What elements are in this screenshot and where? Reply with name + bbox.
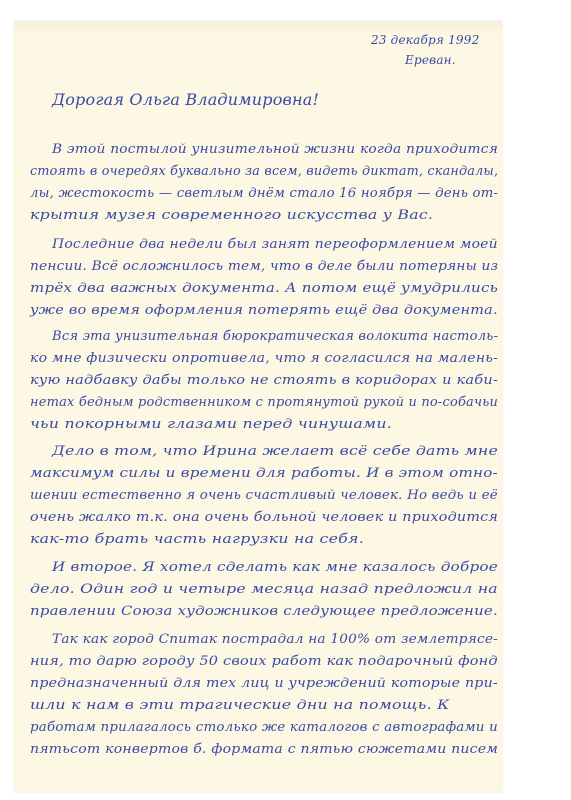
letter-place: Ереван. [371, 50, 479, 70]
letter-line: Дело в том, что Ирина желает всё себе да… [52, 443, 498, 458]
letter-line: И второе. Я хотел сделать как мне казало… [52, 559, 498, 574]
letter-line: пятьсот конвертов б. формата с пятью сюж… [30, 741, 498, 756]
letter-line: ко мне физически опротивела, что я согла… [30, 350, 498, 365]
letter-line: лы, жестокость — светлым днём стало 16 н… [30, 185, 498, 200]
letter-line: правлении Союза художников следующее пре… [30, 603, 498, 618]
letter-line: шении естественно я очень счастливый чел… [30, 487, 498, 502]
letter-line: чьи покорными глазами перед чинушами. [30, 416, 392, 431]
letter-line: кую надбавку дабы только не стоять в кор… [30, 372, 498, 387]
letter-line: стоять в очередях буквально за всем, вид… [30, 163, 498, 178]
letter-line: Так как город Спитак пострадал на 100% о… [52, 631, 498, 646]
letter-line: нетах бедным родственником с протянутой … [30, 394, 498, 409]
letter-line: ния, то дарю городу 50 своих работ как п… [30, 653, 498, 668]
letter-line: дело. Один год и четыре месяца назад пре… [30, 581, 498, 596]
letter-line: предназначенный для тех лиц и учреждений… [30, 675, 498, 690]
letter-line: уже во время оформления потерять ещё два… [30, 302, 498, 317]
letter-line: работам прилагалось столько же каталогов… [30, 719, 498, 734]
letter-line: пенсии. Всё осложнилось тем, что в деле … [30, 258, 498, 273]
letter-line: трёх два важных документа. А потом ещё у… [30, 280, 498, 295]
letter-line: максимум силы и времени для работы. И в … [30, 465, 498, 480]
letter-line: Вся эта унизительная бюрократическая вол… [52, 328, 498, 343]
letter-line: Последние два недели был занят переоформ… [52, 236, 498, 251]
letter-date: 23 декабря 1992 [371, 33, 479, 47]
letter-line: шли к нам в эти трагические дни на помощ… [30, 697, 450, 712]
letter-line: В этой постылой унизительной жизни когда… [52, 141, 498, 156]
letter-line: крытия музея современного искусства у Ва… [30, 207, 433, 222]
letter-dateline: 23 декабря 1992 Ереван. [371, 30, 479, 70]
letter-line: очень жалко т.к. она очень больной челов… [30, 509, 498, 524]
letter-line: как-то брать часть нагрузки на себя. [30, 531, 364, 546]
letter-salutation: Дорогая Ольга Владимировна! [52, 90, 319, 109]
